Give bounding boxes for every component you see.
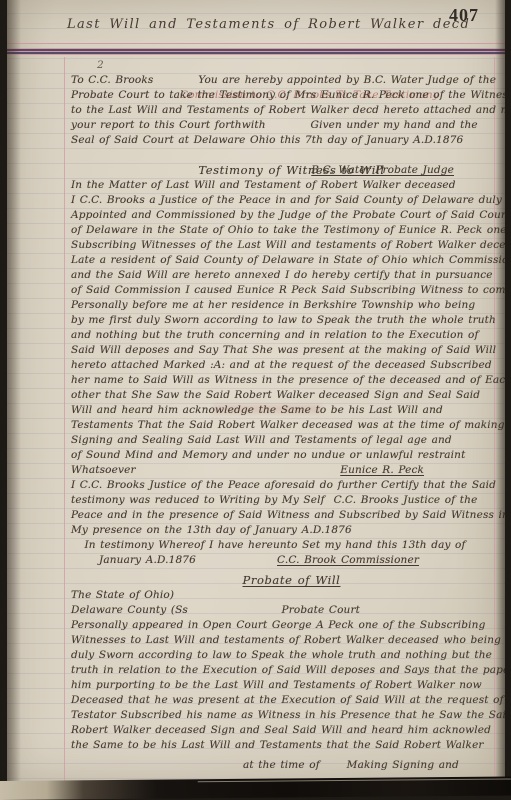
- manuscript-line: My presence on the 13th day of January A…: [71, 523, 505, 538]
- header-rule-band: [7, 43, 505, 57]
- manuscript-line: him purporting to be the Last Will and T…: [71, 678, 505, 693]
- manuscript-line: In testimony Whereof I have hereunto Set…: [71, 538, 505, 553]
- county-court-row: Delaware County (Ss Probate Court: [71, 603, 505, 618]
- manuscript-line: by me first duly Sworn according to law …: [71, 313, 505, 328]
- ledger-page: 407 Last Will and Testaments of Robert W…: [7, 0, 505, 783]
- manuscript-line: of Delaware in the State of Ohio to take…: [71, 223, 505, 238]
- county-text: Delaware County (Ss: [71, 603, 188, 618]
- page-edge-shadow: [495, 0, 505, 783]
- witness-signature: Eunice R. Peck: [340, 463, 424, 478]
- page-edge-highlight: [198, 779, 511, 783]
- manuscript-line: to the Last Will and Testaments of Rober…: [71, 103, 505, 118]
- manuscript-line: of Said Commission I caused Eunice R Pec…: [71, 283, 505, 298]
- commissioner-signature: C.C. Brook Commissioner: [277, 553, 419, 568]
- manuscript-line: Appointed and Commissioned by the Judge …: [71, 208, 505, 223]
- manuscript-line: Seal of Said Court at Delaware Ohio this…: [71, 133, 505, 148]
- signature-row: B.C. Water Probate Judge: [71, 148, 505, 163]
- margin-mark: 2: [97, 58, 104, 73]
- manuscript-line: Said Will deposes and Say That She was p…: [71, 343, 505, 358]
- book-fore-edge: [0, 776, 511, 800]
- manuscript-line: Testaments That the Said Robert Walker d…: [71, 418, 505, 433]
- manuscript-line: Subscribing Witnesses of the Last Will a…: [71, 238, 505, 253]
- manuscript-line: Testator Subscribed his name as Witness …: [71, 708, 505, 723]
- manuscript-body: 2 Commission to C.C. Brooks To Take Test…: [71, 58, 505, 773]
- manuscript-line: hereto attached Marked :A: and at the re…: [71, 358, 505, 373]
- ledger-book: 407 Last Will and Testaments of Robert W…: [0, 0, 511, 800]
- manuscript-line: at the time of Making Signing and: [71, 758, 505, 773]
- witness-signature-row: Whatsoever Eunice R. Peck: [71, 463, 505, 478]
- manuscript-line: your report to this Court forthwith Give…: [71, 118, 505, 133]
- manuscript-line: To C.C. Brooks You are hereby appointed …: [71, 73, 505, 88]
- manuscript-line: and the Said Will are hereto annexed I d…: [71, 268, 505, 283]
- commission-heading: 2 Commission to C.C. Brooks To Take Test…: [71, 58, 505, 73]
- manuscript-line: Peace and in the presence of Said Witnes…: [71, 508, 505, 523]
- manuscript-line: I C.C. Brooks Justice of the Peace afore…: [71, 478, 505, 493]
- manuscript-line: Personally appeared in Open Court George…: [71, 618, 505, 633]
- date-text: January A.D.1876: [71, 553, 196, 568]
- manuscript-line: Signing and Sealing Said Last Will and T…: [71, 433, 505, 448]
- closing-word: Whatsoever: [71, 463, 136, 478]
- manuscript-line: truth in relation to the Execution of Sa…: [71, 663, 505, 678]
- manuscript-line: Personally before me at her residence in…: [71, 298, 505, 313]
- manuscript-line: testimony was reduced to Writing by My S…: [71, 493, 505, 508]
- court-label: Probate Court: [282, 603, 360, 618]
- manuscript-line: duly Sworn according to law to Speak the…: [71, 648, 505, 663]
- manuscript-line: In the Matter of Last Will and Testament…: [71, 178, 505, 193]
- commissioner-signature-row: January A.D.1876 C.C. Brook Commissioner: [71, 553, 505, 568]
- manuscript-line: Robert Walker deceased Sign and Seal Sai…: [71, 723, 505, 738]
- manuscript-line: Witnesses to Last Will and testaments of…: [71, 633, 505, 648]
- manuscript-line: Deceased that he was present at the Exec…: [71, 693, 505, 708]
- manuscript-line: other that She Saw the Said Robert Walke…: [71, 388, 505, 403]
- manuscript-line: Probate Court to take the Testimony of M…: [71, 88, 505, 103]
- manuscript-line: Will and heard him acknowledge the Same …: [71, 403, 505, 418]
- manuscript-line: Late a resident of Said County of Delawa…: [71, 253, 505, 268]
- manuscript-line: I C.C. Brooks a Justice of the Peace in …: [71, 193, 505, 208]
- testimony-heading: Testimony of Witness to Will: [71, 163, 505, 178]
- left-margin-line: [64, 57, 65, 783]
- manuscript-line: of Sound Mind and Memory and under no un…: [71, 448, 505, 463]
- manuscript-line: the Same to be his Last Will and Testame…: [71, 738, 505, 753]
- state-line: The State of Ohio): [71, 588, 505, 603]
- manuscript-line: and nothing but the truth concerning and…: [71, 328, 505, 343]
- probate-heading: Probate of Will: [71, 573, 505, 588]
- document-title: Last Will and Testaments of Robert Walke…: [67, 17, 467, 32]
- gutter-shadow: [7, 0, 21, 783]
- manuscript-line: her name to Said Will as Witness in the …: [71, 373, 505, 388]
